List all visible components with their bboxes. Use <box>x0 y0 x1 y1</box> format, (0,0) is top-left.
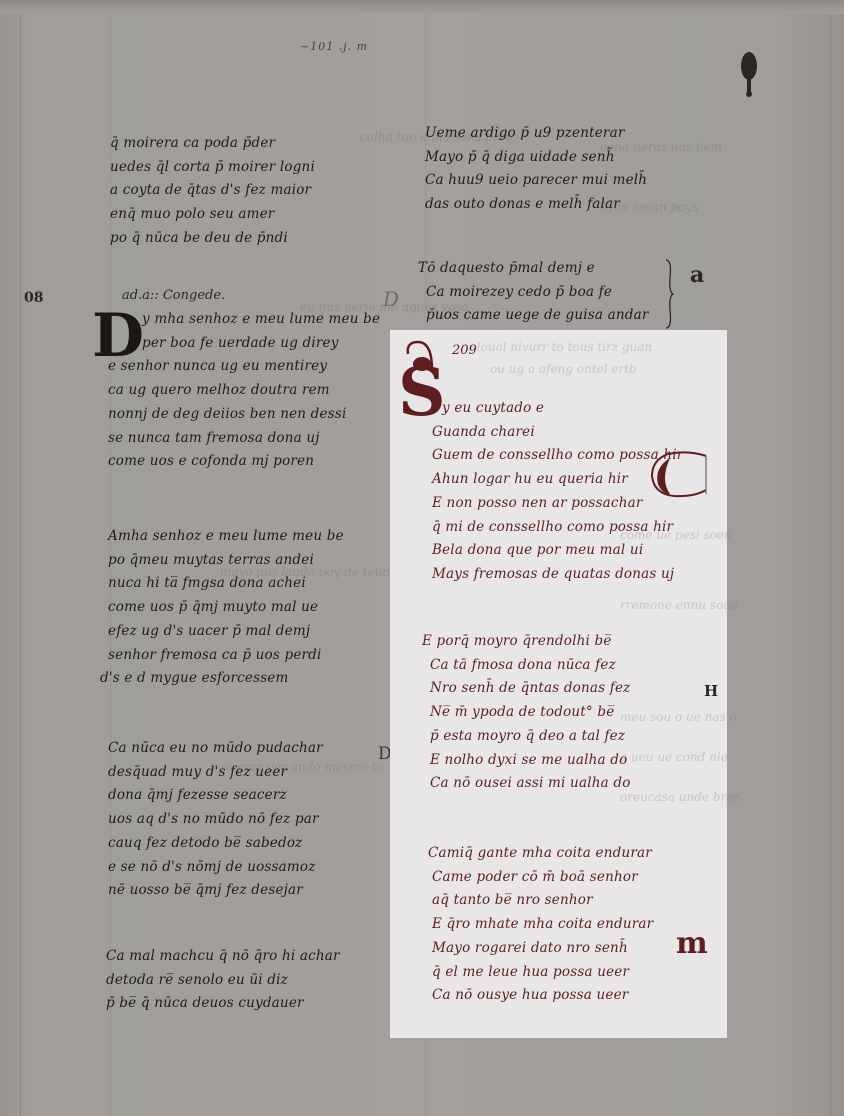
verse-line: p̄uos came uege de guisa andar <box>418 304 649 328</box>
bleed-through-text: ro loual nivurr to tous tirz guan <box>460 340 652 354</box>
highlighted-stanza-1: E porq̄ moyro q̄rendolhi be̅ Ca tā fmosa… <box>422 630 631 796</box>
verse-line: Ca mal machcu q̄ nō q̄ro hi achar <box>106 945 340 969</box>
verse-line: ca ug quero melhoz doutra rem <box>108 379 380 403</box>
verse-line: po q̄meu muytas terras andei <box>108 549 344 573</box>
verse-line: se nunca tam fremosa dona uj <box>108 427 380 451</box>
bleed-through-text: ou ug a afeng ontel ertb <box>490 362 637 376</box>
decorated-initial-C-icon <box>648 450 708 500</box>
verse-line: Bela dona que por meu mal ui <box>432 539 683 563</box>
verse-line: das outo donas e melh̄ falar <box>425 193 647 217</box>
verse-line: Guem de conssellho como possa hir <box>432 444 683 468</box>
verse-line: Mays fremosas de quatas donas uj <box>432 563 683 587</box>
verse-line: come uos p̄ q̄mj muyto mal ue <box>108 596 344 620</box>
left-column-stanza-3: Ca nūca eu no mūdo pudachar desq̄uad muy… <box>108 737 323 903</box>
verse-line: nonnj de deg deiios ben nen dessi <box>108 403 380 427</box>
verse-line: desq̄uad muy d's fez ueer <box>108 761 323 785</box>
highlighted-stanza-2: Camiq̄ gante mha coita endurar Came pode… <box>428 842 653 1008</box>
verse-line: q̄ el me leue hua possa ueer <box>428 961 653 985</box>
verse-line: nē uosso be̅ q̄mj fez desejar <box>108 879 323 903</box>
verse-line: a coyta de q̄tas d's fez maior <box>110 179 315 203</box>
verse-line: uos aq d's no mūdo nō fez par <box>108 808 323 832</box>
left-column-stanza-2: Amha senhoz e meu lume meu be po q̄meu m… <box>108 525 344 691</box>
verse-line: Ueme ardigo p̄ u9 pzenterar <box>425 122 647 146</box>
bleed-through-text: rremone ennu soue <box>620 598 738 612</box>
highlighted-stanza-0: y eu cuytado e Guanda charei Guem de con… <box>432 397 683 587</box>
ink-blot-icon <box>740 52 758 98</box>
verse-line: cauq fez detodo be̅ sabedoz <box>108 832 323 856</box>
verse-line: Nro senh̄ de q̄ntas donas fez <box>422 677 631 701</box>
verse-line: Ca nō ousye hua possa ueer <box>428 984 653 1008</box>
verse-line: detoda re̅ senolo eu ūi diz <box>106 969 340 993</box>
verse-line: Mayo p̄ q̄ diga uidade senh̄ <box>425 146 647 170</box>
verse-line: q̄ moirera ca poda p̄der <box>110 132 315 156</box>
verse-line: Guanda charei <box>432 421 683 445</box>
verse-line: Ca tā fmosa dona nūca fez <box>422 654 631 678</box>
verse-line: efez ug d's uacer p̄ mal demj <box>108 620 344 644</box>
verse-line: Tō daquesto p̄mal demj e <box>418 257 649 281</box>
right-column-stanza-0: Ueme ardigo p̄ u9 pzenterar Mayo p̄ q̄ d… <box>425 122 647 217</box>
margin-letter: a <box>690 262 704 288</box>
verse-line: Ca nūca eu no mūdo pudachar <box>108 737 323 761</box>
verse-line: p̄ esta moyro q̄ deo a tal fez <box>422 725 631 749</box>
margin-letter: D <box>383 287 399 311</box>
verse-line: Mayo rogarei dato nro senh̄ <box>428 937 653 961</box>
verse-line: E nolho dyxi se me ualha do <box>422 749 631 773</box>
ruling-line <box>830 14 831 1116</box>
verse-line: Ne̅ m̄ ypoda de todout° be̅ <box>422 701 631 725</box>
verse-line: nuca hi ta̅ fmgsa dona achei <box>108 572 344 596</box>
bleed-through-text: meu sou o ue nas o <box>620 710 737 724</box>
margin-letter: H <box>704 682 718 700</box>
verse-line: dona q̄mj fezesse seacerz <box>108 784 323 808</box>
verse-line: Camiq̄ gante mha coita endurar <box>428 842 653 866</box>
verse-line: Came poder cō m̄ boā senhor <box>428 866 653 890</box>
left-column-stanza-1: y mha senhoz e meu lume meu be per boa f… <box>108 308 380 474</box>
verse-line: aq̄ tanto be̅ nro senhor <box>428 889 653 913</box>
verse-line: Ca huu9 ueio parecer mui melh̄ <box>425 169 647 193</box>
bleed-through-text: a ueu ue cond nie <box>620 750 728 764</box>
verse-line: per boa fe uerdade ug direy <box>108 332 380 356</box>
folio-note: ~101 .j. m <box>300 40 368 53</box>
verse-line: y mha senhoz e meu lume meu be <box>108 308 380 332</box>
verse-line: p̄ be̅ q̄ nūca deuos cuydauer <box>106 992 340 1016</box>
manuscript-page: ~101 .j. m 08 colha tuo ennu sens pero e… <box>0 0 844 1116</box>
verse-line: come uos e cofonda mj poren <box>108 450 380 474</box>
refrain-brace-icon <box>664 258 674 330</box>
verse-line: enq̄ muo polo seu amer <box>110 203 315 227</box>
margin-folio-number: 08 <box>24 290 43 306</box>
verse-line: Ca moirezey cedo p̄ boa fe <box>418 281 649 305</box>
verse-line: q̄ mi de conssellho como possa hir <box>432 516 683 540</box>
margin-letter: m <box>676 926 708 961</box>
verse-line: e se nō d's nōmj de uossamoz <box>108 856 323 880</box>
left-column-stanza-0: q̄ moirera ca poda p̄der uedes q̄l corta… <box>110 132 315 251</box>
verse-line: po q̄ nūca be deu de p̄ndi <box>110 227 315 251</box>
verse-line: Ca nō ousei assi mi ualha do <box>422 772 631 796</box>
verse-line: senhor fremosa ca p̄ uos perdi <box>108 644 344 668</box>
verse-line: E q̄ro mhate mha coita endurar <box>428 913 653 937</box>
ruling-line <box>20 14 21 1116</box>
verse-line: Ahun logar hu eu queria hir <box>432 468 683 492</box>
verse-line: E porq̄ moyro q̄rendolhi be̅ <box>422 630 631 654</box>
verse-line: d's e d mygue esforcessem <box>100 667 344 691</box>
verse-line: Amha senhoz e meu lume meu be <box>108 525 344 549</box>
bleed-through-text: oreucasa unde brez <box>620 790 740 804</box>
poem-number: 209 <box>452 343 477 358</box>
verse-line: y eu cuytado e <box>432 397 683 421</box>
page-top-edge <box>0 0 844 14</box>
left-column-stanza-4: Ca mal machcu q̄ nō q̄ro hi achar detoda… <box>106 945 340 1016</box>
verse-line: E non posso nen ar possachar <box>432 492 683 516</box>
verse-line: uedes q̄l corta p̄ moirer logni <box>110 156 315 180</box>
right-column-stanza-1: Tō daquesto p̄mal demj e Ca moirezey ced… <box>418 257 649 328</box>
verse-line: e senhor nunca ug eu mentirey <box>108 355 380 379</box>
